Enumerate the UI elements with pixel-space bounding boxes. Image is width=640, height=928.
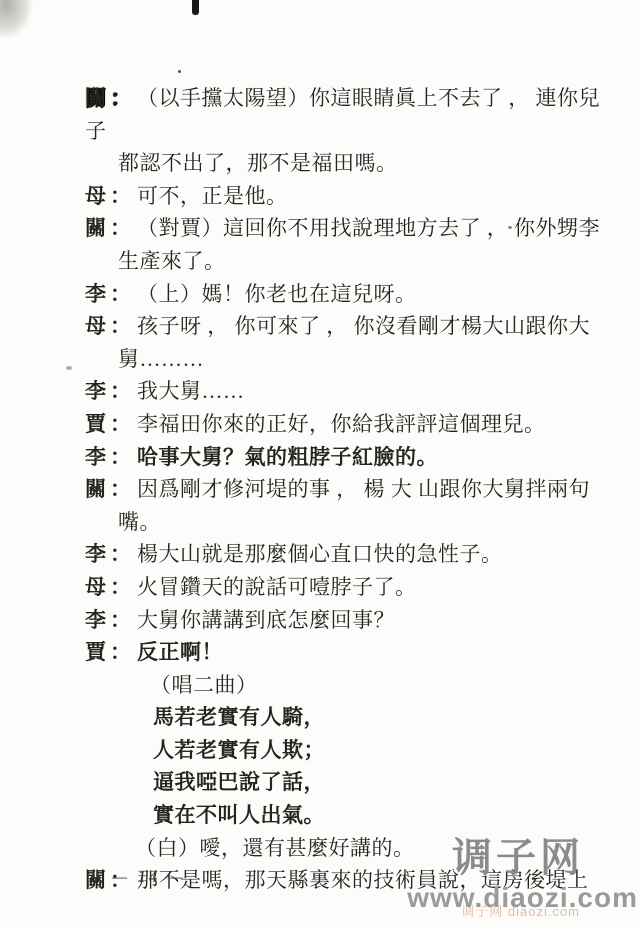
script-text-block: 關：（以手攩太陽望）你這眼睛眞上不去了 ， 連你兒子 都認不出了，那不是福田嗎。…: [85, 82, 615, 897]
dialogue-line: 李：（上）媽！你老也在這兒呀。: [85, 278, 615, 311]
line-text: 實在不叫人出氣。: [153, 803, 325, 827]
line-text: 舅………: [118, 347, 204, 371]
continuation-line: 都認不出了，那不是福田嗎。: [85, 147, 615, 180]
line-text: 哈事大舅？氣的粗脖子紅臉的。: [137, 445, 438, 469]
speaker-label: 母：: [85, 310, 137, 343]
dialogue-line: 母：火冒鑽天的說話可噎脖子了。: [85, 571, 615, 604]
line-text: 馬若老實有人騎，: [153, 705, 325, 729]
line-text: 楊大山就是那麼個心直口快的急性子。: [137, 542, 503, 566]
speaker-label: 母：: [85, 571, 137, 604]
line-text: （唱二曲）: [150, 673, 258, 697]
speaker-label: 李：: [85, 375, 137, 408]
speaker-label: 關：: [85, 473, 137, 506]
line-text: 人若老實有人欺；: [153, 738, 325, 762]
scanned-page: 關：（以手攩太陽望）你這眼睛眞上不去了 ， 連你兒子 都認不出了，那不是福田嗎。…: [0, 0, 640, 928]
speaker-label: 李：: [85, 538, 137, 571]
continuation-line: 生產來了。: [85, 245, 615, 278]
line-text: （上）媽！你老也在這兒呀。: [137, 282, 417, 306]
line-text: 反正啊！: [137, 640, 223, 664]
line-text: 火冒鑽天的說話可噎脖子了。: [137, 575, 417, 599]
line-text: 因爲剛才修河堤的事 ， 楊 大 山跟你大舅拌兩句: [137, 477, 590, 501]
line-text: 大舅你講講到底怎麼回事？: [137, 608, 395, 632]
scan-speck: [178, 70, 181, 73]
dialogue-line: 李：我大舅……: [85, 375, 615, 408]
dialogue-line: 母：可不，正是他。: [85, 180, 615, 213]
continuation-line: 舅………: [85, 343, 615, 376]
dialogue-line: 關：（以手攩太陽望）你這眼睛眞上不去了 ， 連你兒子: [85, 82, 615, 147]
speaker-label: 母：: [85, 180, 137, 213]
dialogue-line: 李：大舅你講講到底怎麼回事？: [85, 604, 615, 637]
line-text: 逼我啞巴說了話，: [153, 770, 325, 794]
dialogue-line: 關：因爲剛才修河堤的事 ， 楊 大 山跟你大舅拌兩句: [85, 473, 615, 506]
speaker-label: 關：: [85, 82, 137, 115]
scan-speck: [66, 366, 72, 370]
line-text: （白）噯，還有甚麼好講的。: [135, 836, 415, 860]
dialogue-line: 賈：李福田你來的正好，你給我評評這個理兒。: [85, 408, 615, 441]
watermark-site-name: 调子网: [452, 836, 584, 880]
speaker-label: 李：: [85, 441, 137, 474]
line-text: 生產來了。: [118, 249, 226, 273]
dialogue-line: 關：（對賈）這回你不用找說理地方去了 ， 你外甥李: [85, 212, 615, 245]
dialogue-line: 李：哈事大舅？氣的粗脖子紅臉的。: [85, 441, 615, 474]
dialogue-line: 李：楊大山就是那麼個心直口快的急性子。: [85, 538, 615, 571]
speaker-label: 賈：: [85, 636, 137, 669]
ink-mark: [192, 0, 199, 15]
scan-smudge: [0, 0, 90, 110]
speaker-label: 賈：: [85, 408, 137, 441]
verse-line: 實在不叫人出氣。: [85, 799, 615, 832]
dialogue-line: 母：孩子呀 ， 你可來了 ， 你沒看剛才楊大山跟你大: [85, 310, 615, 343]
dialogue-line: 賈：反正啊！: [85, 636, 615, 669]
line-text: 嘴。: [118, 510, 161, 534]
verse-line: 馬若老實有人騎，: [85, 701, 615, 734]
page-number: — 14 —: [112, 867, 186, 887]
speaker-label: 關：: [85, 212, 137, 245]
line-text: 可不，正是他。: [137, 184, 288, 208]
speaker-label: 李：: [85, 604, 137, 637]
line-text: 孩子呀 ， 你可來了 ， 你沒看剛才楊大山跟你大: [137, 314, 590, 338]
line-text: （以手攩太陽望）你這眼睛眞上不去了 ， 連你兒子: [85, 86, 600, 143]
line-text: 李福田你來的正好，你給我評評這個理兒。: [137, 412, 546, 436]
watermark-site-url: www.diaozi.com: [407, 883, 638, 913]
verse-line: 逼我啞巴說了話，: [85, 766, 615, 799]
line-text: 都認不出了，那不是福田嗎。: [118, 151, 398, 175]
line-text: （對賈）這回你不用找說理地方去了 ， 你外甥李: [137, 216, 600, 240]
continuation-line: 嘴。: [85, 506, 615, 539]
song-heading-line: （唱二曲）: [85, 669, 615, 702]
verse-line: 人若老實有人欺；: [85, 734, 615, 767]
line-text: 我大舅……: [137, 379, 245, 403]
speaker-label: 李：: [85, 278, 137, 311]
